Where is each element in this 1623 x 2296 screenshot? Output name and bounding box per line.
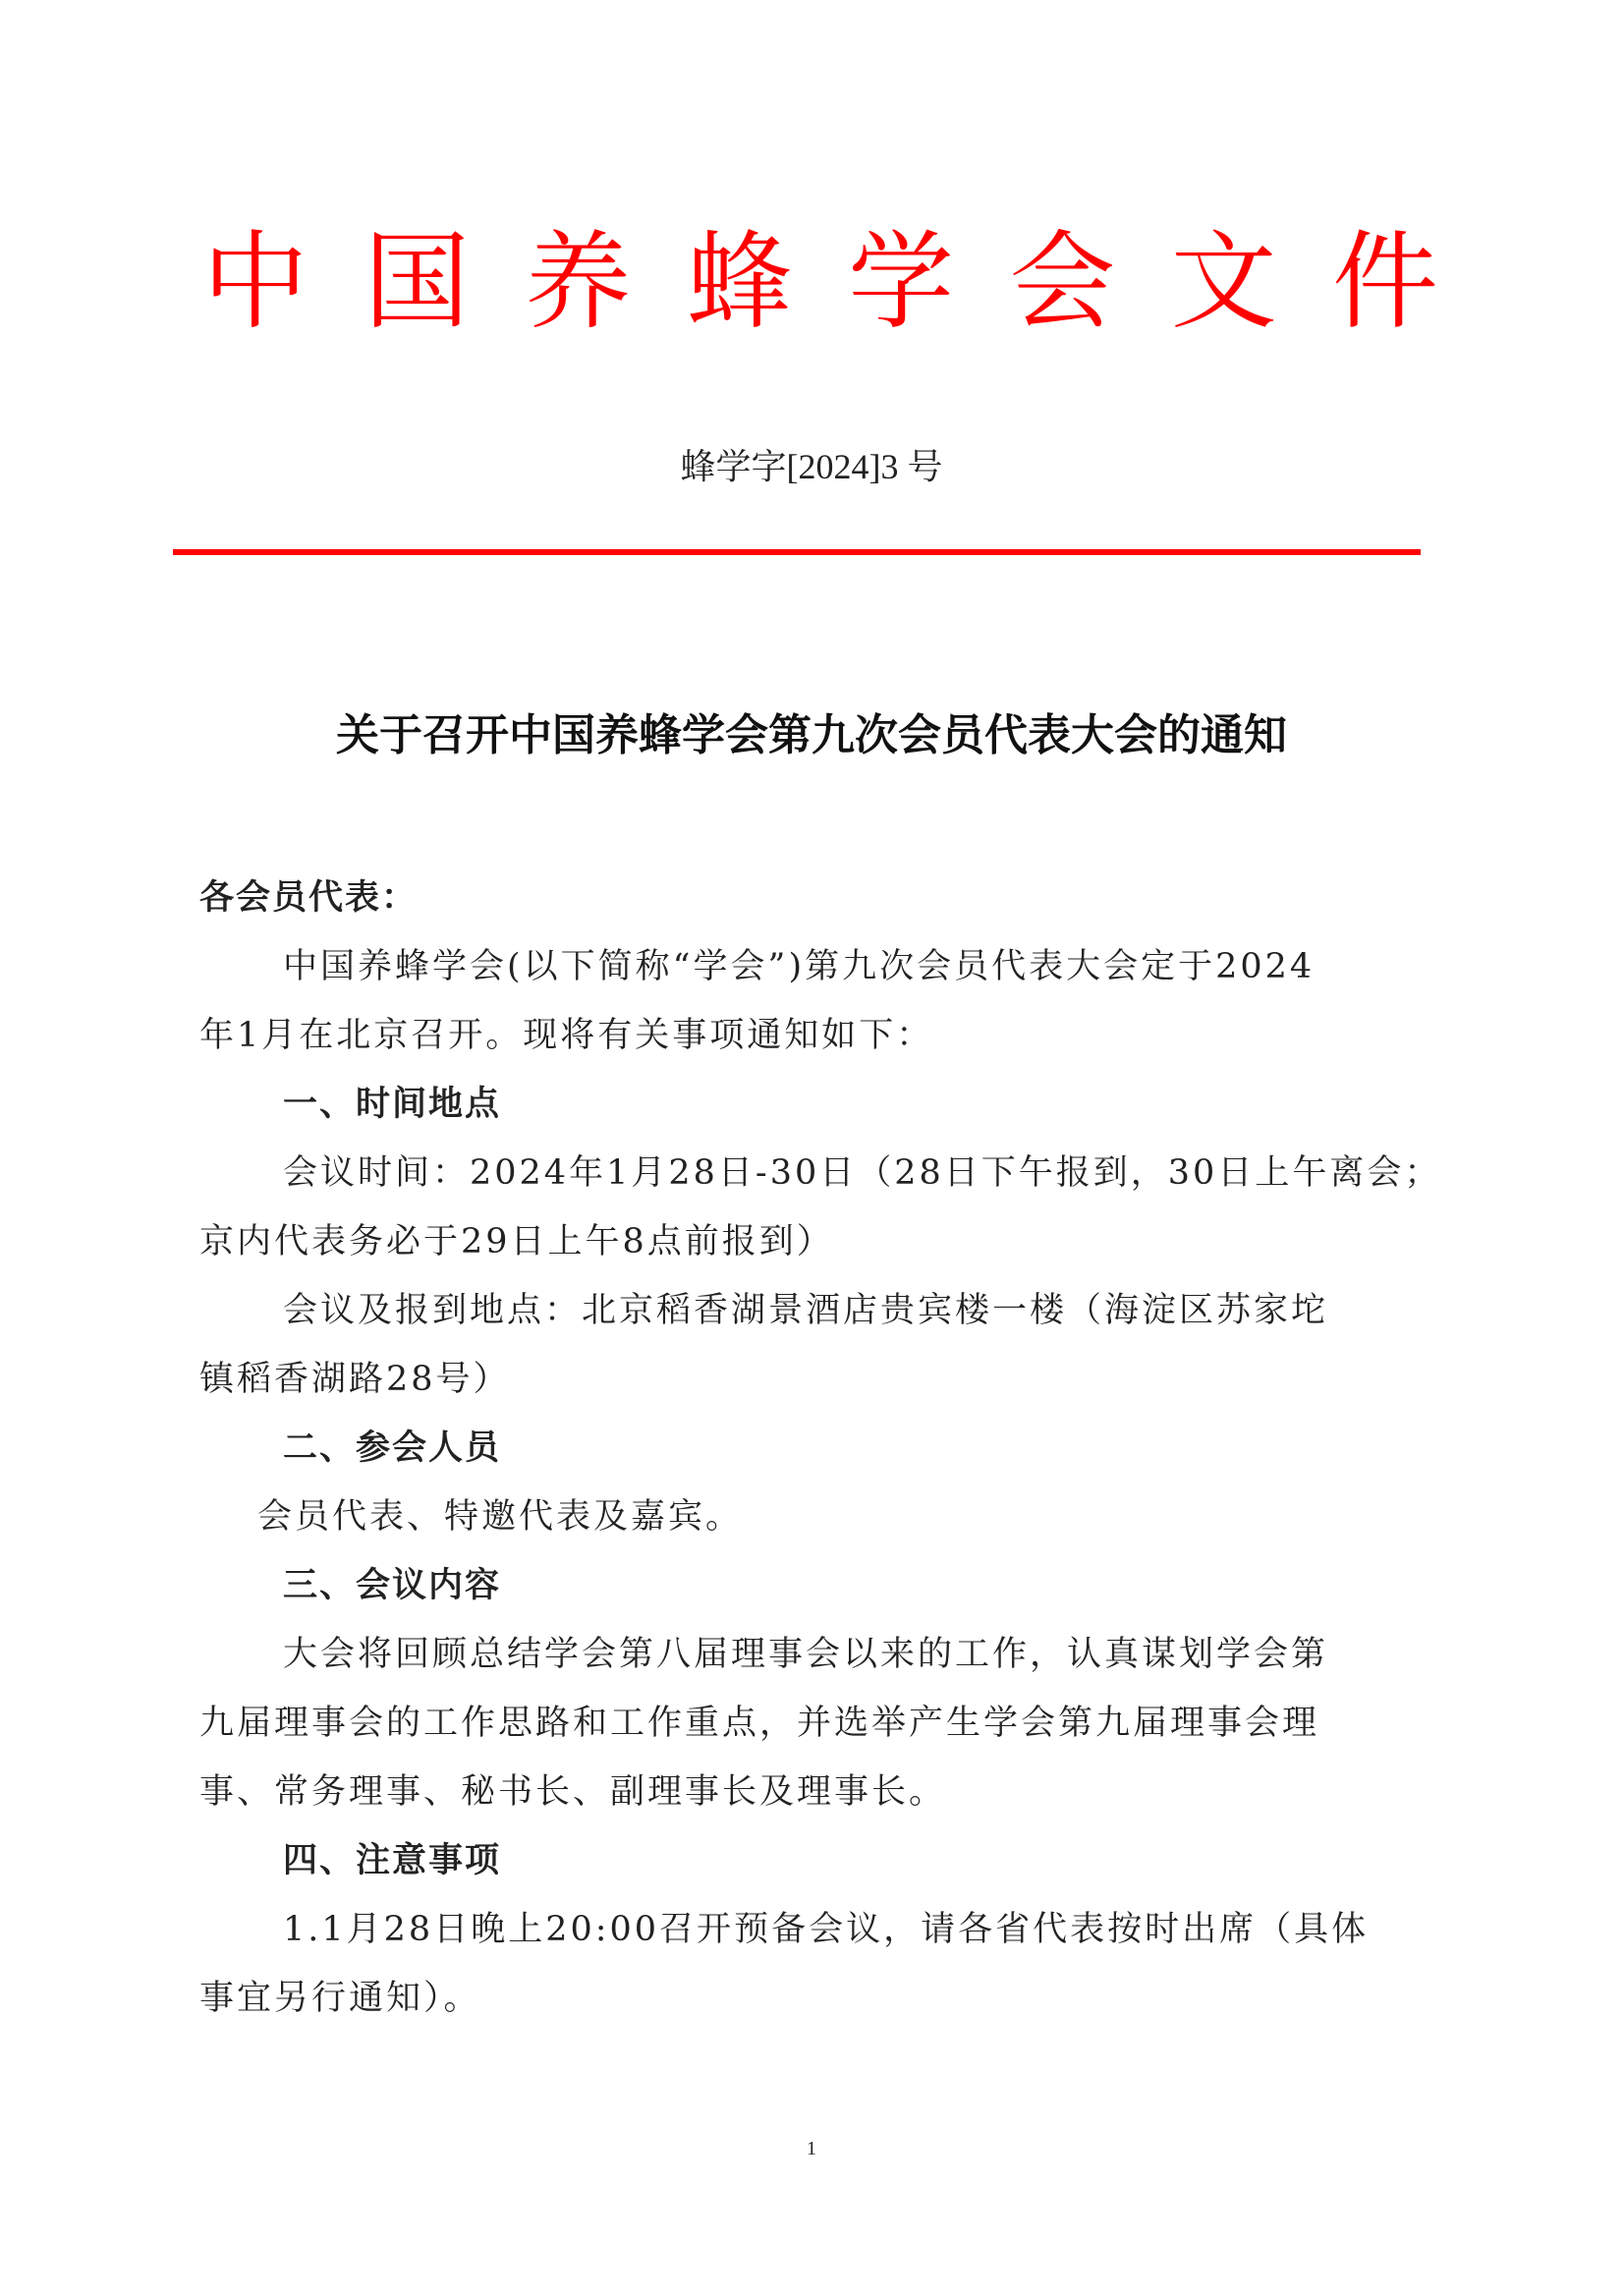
intro-line: 年1月在北京召开。现将有关事项通知如下：	[199, 1008, 933, 1057]
header-char: 文	[1170, 224, 1278, 342]
section-line: 事、常务理事、秘书长、副理事长及理事长。	[199, 1764, 946, 1814]
section-line: 京内代表务必于29日上午8点前报到）	[199, 1214, 834, 1263]
document-header-title: 中 国 养 蜂 学 会 文 件	[201, 224, 1439, 342]
section-line: 1.1月28日晚上20:00召开预备会议，请各省代表按时出席（具体	[283, 1902, 1369, 1951]
salutation: 各会员代表：	[199, 870, 418, 920]
section-line: 大会将回顾总结学会第八届理事会以来的工作，认真谋划学会第	[283, 1627, 1328, 1676]
intro-line: 中国养蜂学会(以下简称“学会”)第九次会员代表大会定于2024	[283, 939, 1315, 988]
section-line: 镇稻香湖路28号）	[199, 1352, 511, 1401]
section-heading: 一、时间地点	[283, 1077, 501, 1126]
header-char: 国	[363, 224, 471, 342]
section-line: 事宜另行通知）。	[199, 1971, 481, 2020]
section-heading: 二、参会人员	[283, 1421, 501, 1470]
section-line: 九届理事会的工作思路和工作重点，并选举产生学会第九届理事会理	[199, 1696, 1319, 1745]
section-line: 会议及报到地点：北京稻香湖景酒店贵宾楼一楼（海淀区苏家坨	[283, 1283, 1328, 1332]
header-char: 蜂	[686, 224, 794, 342]
header-char: 件	[1331, 224, 1439, 342]
section-heading: 四、注意事项	[283, 1833, 501, 1882]
page-number: 1	[0, 2138, 1623, 2160]
header-char: 中	[201, 224, 309, 342]
section-line: 会议时间：2024年1月28日-30日（28日下午报到，30日上午离会；	[283, 1146, 1441, 1195]
header-divider	[173, 549, 1421, 555]
header-char: 会	[1008, 224, 1116, 342]
header-char: 学	[847, 224, 955, 342]
header-char: 养	[525, 224, 633, 342]
notice-title: 关于召开中国养蜂学会第九次会员代表大会的通知	[0, 700, 1623, 762]
section-heading: 三、会议内容	[283, 1558, 501, 1607]
section-line: 会员代表、特邀代表及嘉宾。	[257, 1489, 743, 1539]
document-number: 蜂学字[2024]3 号	[0, 439, 1623, 489]
